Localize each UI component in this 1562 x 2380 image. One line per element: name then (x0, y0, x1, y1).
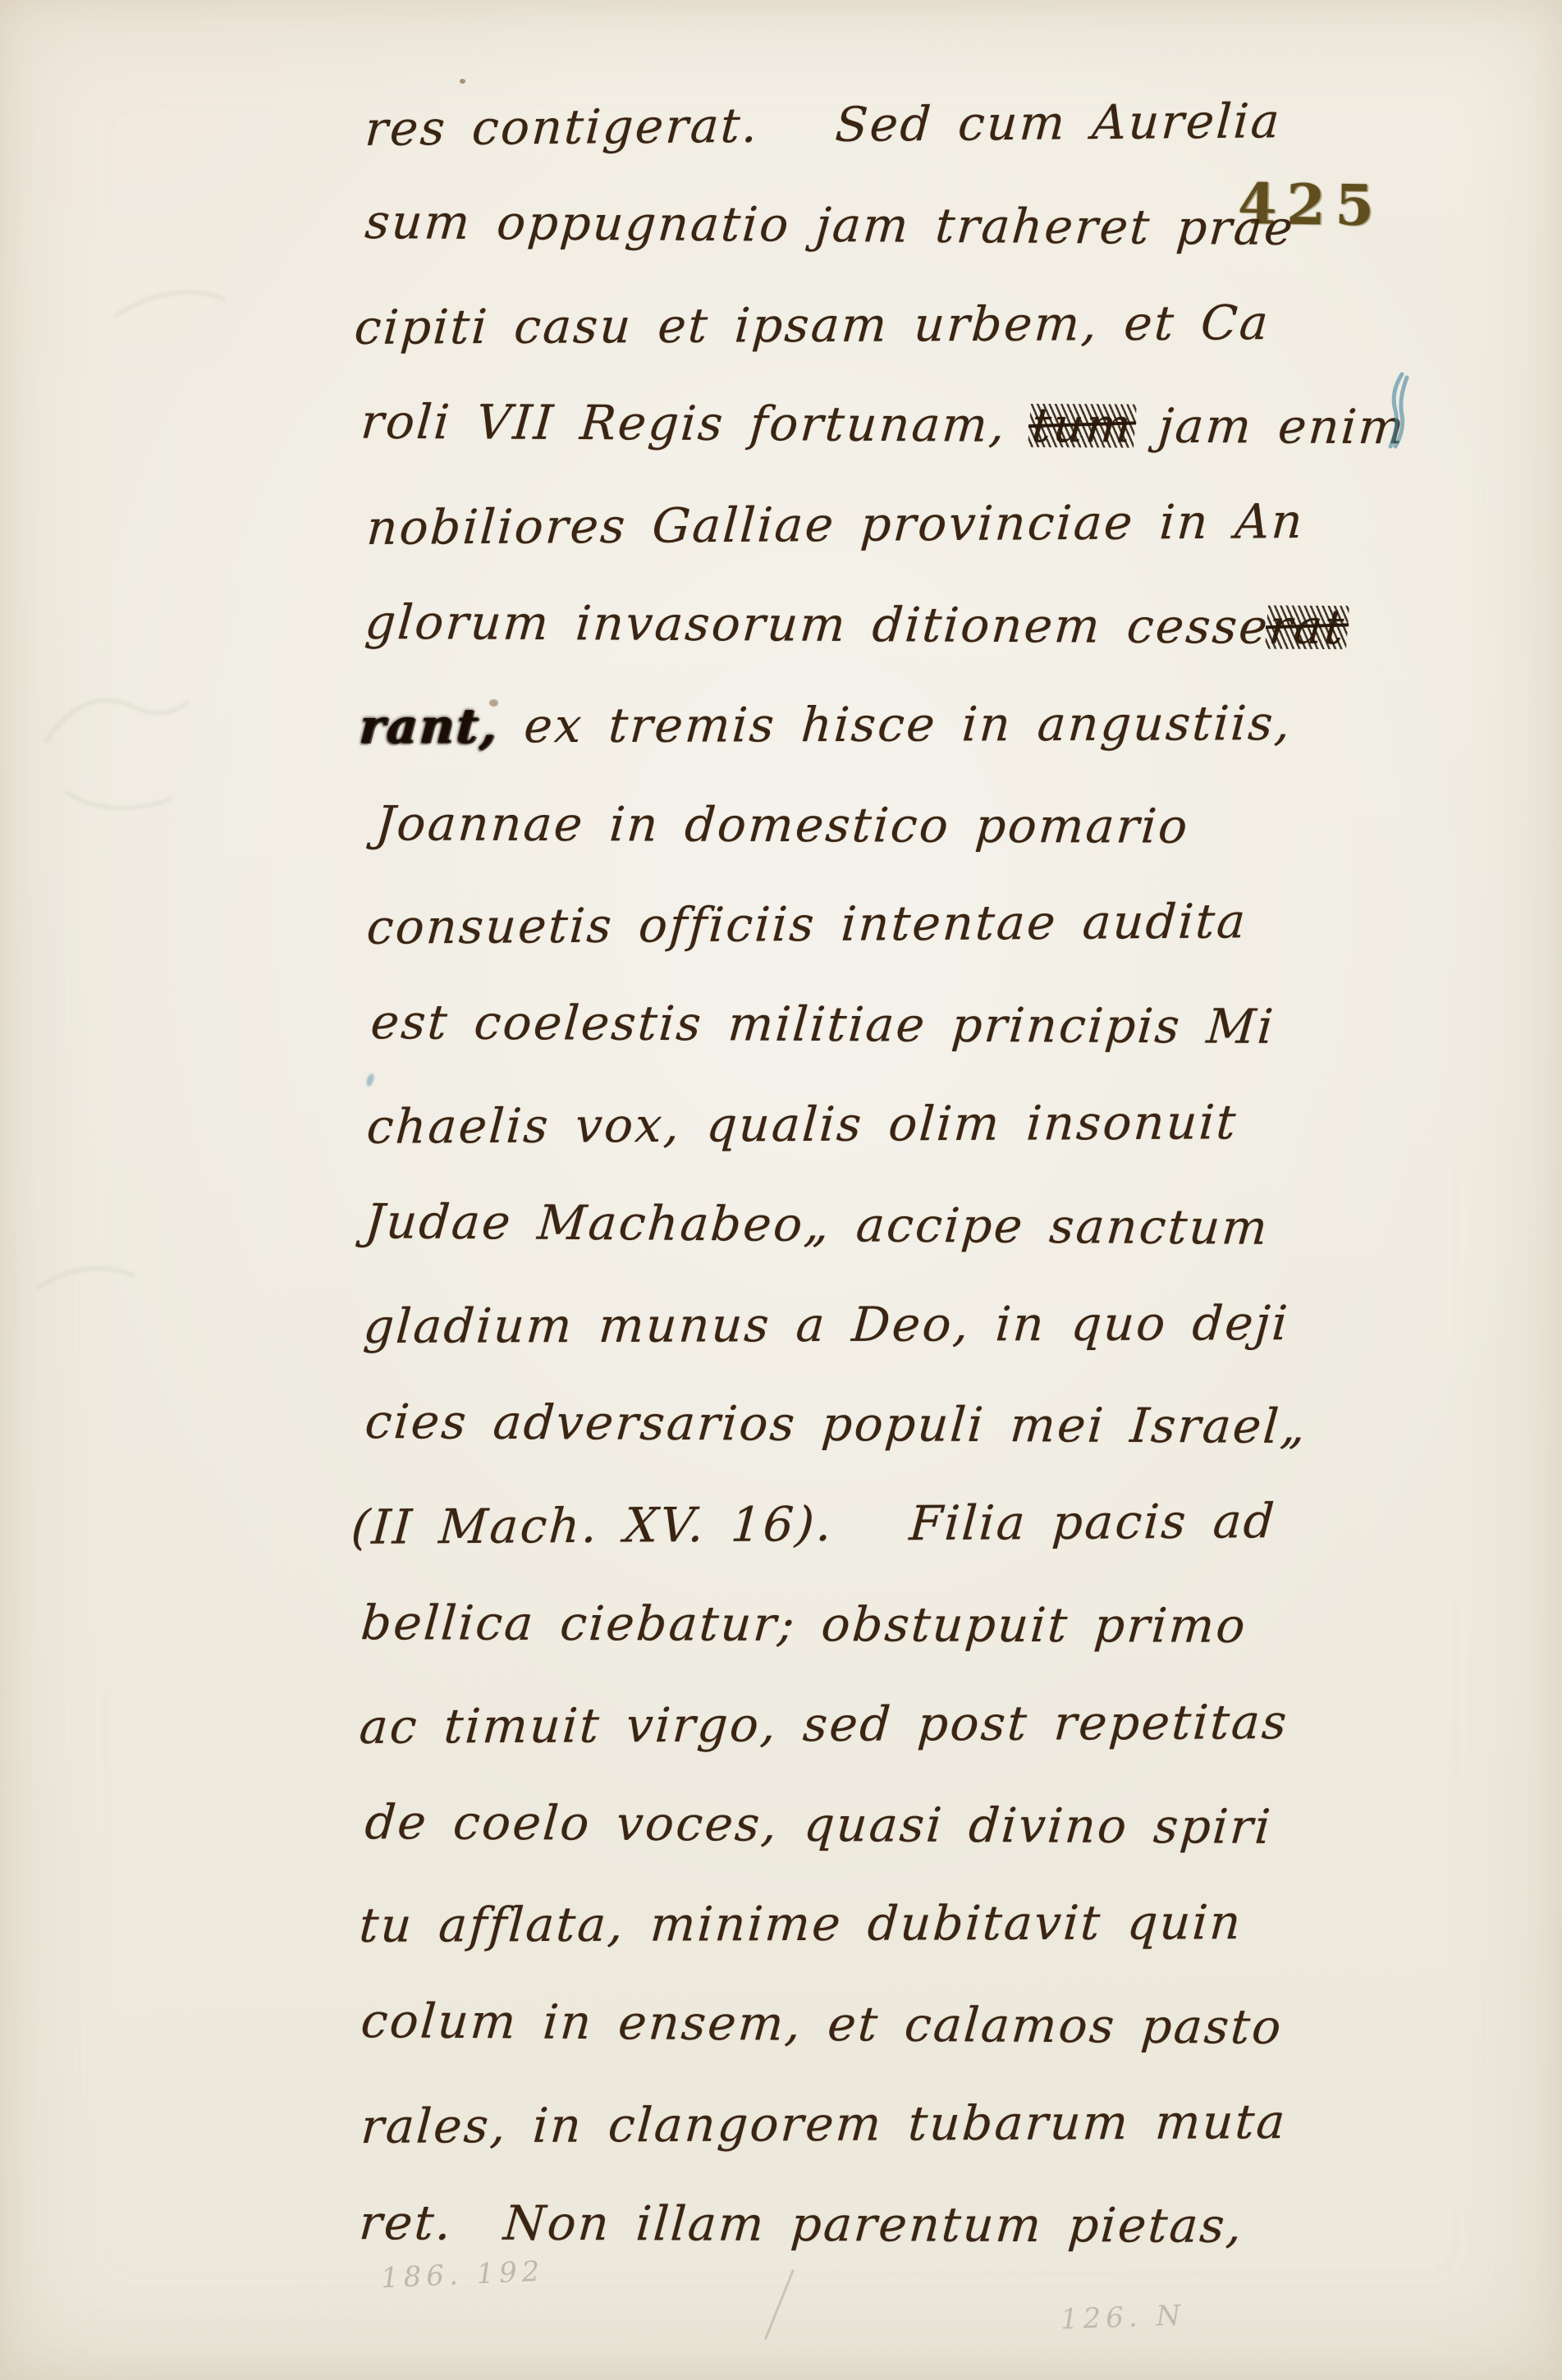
line-text: rales, in clangorem tubarum muta (360, 2094, 1289, 2154)
manuscript-line: Joannae in domestico pomario (374, 795, 1192, 854)
line-text: glorum invasorum ditionem cesse (363, 594, 1271, 655)
line-text: ex tremis hisce in angustiis, (497, 695, 1294, 753)
manuscript-page: 425 res contigerat. Sed cum Aureliasum o… (0, 0, 1562, 2380)
line-text: Joannae in domestico pomario (374, 795, 1192, 854)
manuscript-line: ac timuit virgo, sed post repetitas (358, 1694, 1290, 1755)
line-text: jam enim (1131, 398, 1408, 455)
line-text: bellica ciebatur; obstupuit primo (360, 1595, 1249, 1654)
manuscript-line: chaelis vox, qualis olim insonuit (365, 1094, 1239, 1155)
blue-ink-smudge (1377, 369, 1415, 451)
manuscript-line: sum oppugnatio jam traheret prae (363, 194, 1296, 256)
pencil-annotation-right: 126. N (1060, 2299, 1186, 2336)
manuscript-line: bellica ciebatur; obstupuit primo (360, 1595, 1249, 1654)
line-text: colum in ensem, et calamos pasto (359, 1993, 1285, 2055)
line-text: roli VII Regis fortunam, (359, 394, 1033, 453)
struck-out-word: rat (1267, 599, 1348, 655)
manuscript-line: cipiti casu et ipsam urbem, et Ca (353, 295, 1271, 355)
manuscript-line: (II Mach. XV. 16). Filia pacis ad (350, 1493, 1278, 1555)
manuscript-line: glorum invasorum ditionem cesserat (363, 594, 1348, 655)
handwritten-text-block: res contigerat. Sed cum Aureliasum oppug… (0, 0, 1562, 2380)
manuscript-line: res contigerat. Sed cum Aurelia (364, 93, 1283, 157)
line-text: cipiti casu et ipsam urbem, et Ca (353, 295, 1271, 355)
line-text: (II Mach. XV. 16). Filia pacis ad (350, 1493, 1278, 1555)
manuscript-line: de coelo voces, quasi divino spiri (363, 1794, 1274, 1855)
overwritten-word: rant, (358, 698, 501, 754)
manuscript-line: rales, in clangorem tubarum muta (360, 2094, 1289, 2154)
line-text: tu afflata, minime dubitavit quin (358, 1894, 1244, 1953)
struck-out-word: tum (1030, 397, 1135, 454)
ink-speck (489, 699, 498, 707)
manuscript-line: roli VII Regis fortunam, tum jam enim (359, 394, 1408, 455)
manuscript-line: Judae Machabeo„ accipe sanctum (363, 1193, 1271, 1256)
manuscript-line: tu afflata, minime dubitavit quin (358, 1894, 1244, 1953)
line-text: sum oppugnatio jam traheret prae (363, 194, 1296, 256)
line-text: ac timuit virgo, sed post repetitas (358, 1694, 1290, 1755)
manuscript-line: est coelestis militiae principis Mi (369, 994, 1276, 1055)
manuscript-line: ret. Non illam parentum pietas, (358, 2195, 1246, 2254)
manuscript-line: gladium munus a Deo, in quo deji (362, 1295, 1291, 1354)
line-text: Judae Machabeo„ accipe sanctum (363, 1193, 1271, 1256)
line-text: consuetis officiis intentae audita (365, 893, 1249, 955)
line-text: est coelestis militiae principis Mi (369, 994, 1276, 1055)
line-text: chaelis vox, qualis olim insonuit (365, 1094, 1239, 1155)
line-text: ret. Non illam parentum pietas, (358, 2195, 1246, 2254)
line-text: cies adversarios populi mei Israel„ (363, 1394, 1309, 1454)
line-text: de coelo voces, quasi divino spiri (363, 1794, 1274, 1855)
ink-speck (460, 79, 465, 84)
manuscript-line: colum in ensem, et calamos pasto (359, 1993, 1285, 2055)
manuscript-line: rant, ex tremis hisce in angustiis, (358, 695, 1294, 754)
manuscript-line: cies adversarios populi mei Israel„ (363, 1394, 1309, 1454)
line-text: res contigerat. Sed cum Aurelia (364, 93, 1283, 157)
line-text: gladium munus a Deo, in quo deji (362, 1295, 1291, 1354)
manuscript-line: nobiliores Galliae provinciae in An (365, 493, 1306, 556)
line-text: nobiliores Galliae provinciae in An (365, 493, 1306, 556)
manuscript-line: consuetis officiis intentae audita (365, 893, 1249, 955)
